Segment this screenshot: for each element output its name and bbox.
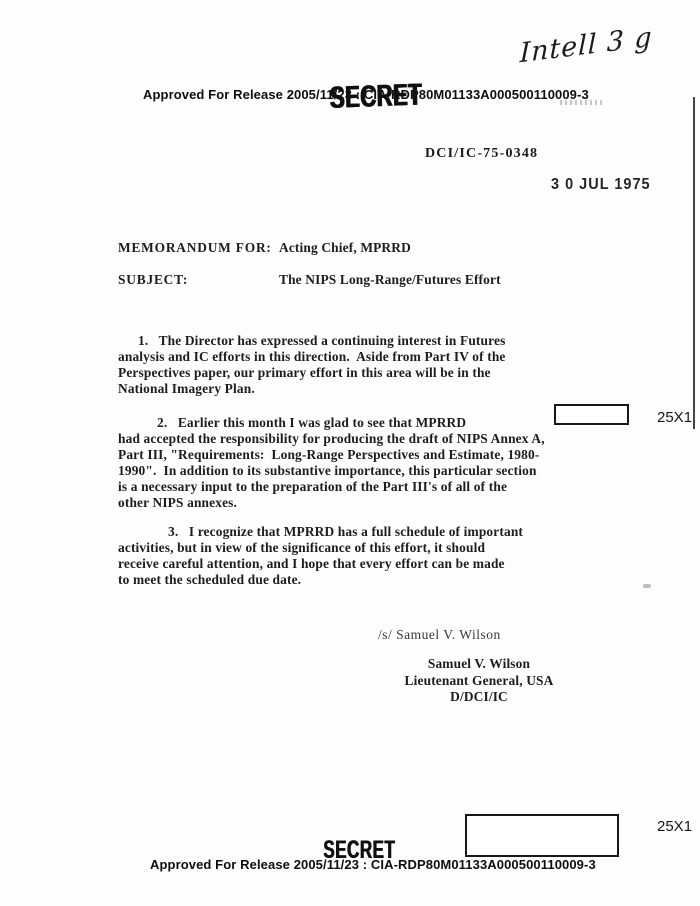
memorandum-for-value: Acting Chief, MPRRD bbox=[279, 240, 411, 256]
memorandum-for-label: MEMORANDUM FOR: bbox=[118, 240, 272, 256]
paragraph-3: 3. I recognize that MPRRD has a full sch… bbox=[118, 524, 638, 588]
scan-edge-line bbox=[693, 97, 695, 429]
subject-value: The NIPS Long-Range/Futures Effort bbox=[279, 272, 501, 288]
body-line: is a necessary input to the preparation … bbox=[118, 479, 638, 495]
body-line: analysis and IC efforts in this directio… bbox=[118, 349, 638, 365]
body-line: activities, but in view of the significa… bbox=[118, 540, 638, 556]
paragraph-1: 1. The Director has expressed a continui… bbox=[118, 333, 638, 397]
body-line: had accepted the responsibility for prod… bbox=[118, 431, 638, 447]
signature-block: Samuel V. Wilson Lieutenant General, USA… bbox=[370, 656, 588, 706]
faint-stamp-smudge bbox=[560, 100, 602, 105]
secret-stamp-bottom: SECRET bbox=[323, 836, 395, 865]
classification-margin-note: 25X1 bbox=[657, 818, 692, 835]
body-line: Part III, "Requirements: Long-Range Pers… bbox=[118, 447, 638, 463]
classification-margin-note: 25X1 bbox=[657, 409, 692, 426]
secret-stamp-top: SECRET bbox=[329, 77, 422, 117]
body-line: Perspectives paper, our primary effort i… bbox=[118, 365, 638, 381]
scanned-memo-page: Intell 3 g Approved For Release 2005/11/… bbox=[0, 0, 700, 906]
handwritten-note: Intell 3 g bbox=[519, 22, 652, 70]
scan-speck bbox=[643, 584, 651, 588]
redaction-box bbox=[465, 814, 619, 857]
signed-initials-line: /s/ Samuel V. Wilson bbox=[378, 627, 501, 643]
body-line: 1990". In addition to its substantive im… bbox=[118, 463, 638, 479]
body-line: National Imagery Plan. bbox=[118, 381, 638, 397]
memo-body: 1. The Director has expressed a continui… bbox=[118, 333, 638, 588]
document-number: DCI/IC-75-0348 bbox=[425, 146, 538, 162]
signer-title: D/DCI/IC bbox=[370, 689, 588, 706]
body-line: 3. I recognize that MPRRD has a full sch… bbox=[118, 524, 638, 540]
signer-name: Samuel V. Wilson bbox=[370, 656, 588, 673]
redaction-box bbox=[554, 404, 629, 425]
paragraph-2: 2. Earlier this month I was glad to see … bbox=[118, 415, 638, 511]
date-stamp: 3 0 JUL 1975 bbox=[551, 176, 651, 193]
signer-rank: Lieutenant General, USA bbox=[370, 673, 588, 690]
subject-label: SUBJECT: bbox=[118, 272, 188, 288]
body-line: 1. The Director has expressed a continui… bbox=[118, 333, 638, 349]
body-line: receive careful attention, and I hope th… bbox=[118, 556, 638, 572]
body-line: to meet the scheduled due date. bbox=[118, 572, 638, 588]
body-line: other NIPS annexes. bbox=[118, 495, 638, 511]
